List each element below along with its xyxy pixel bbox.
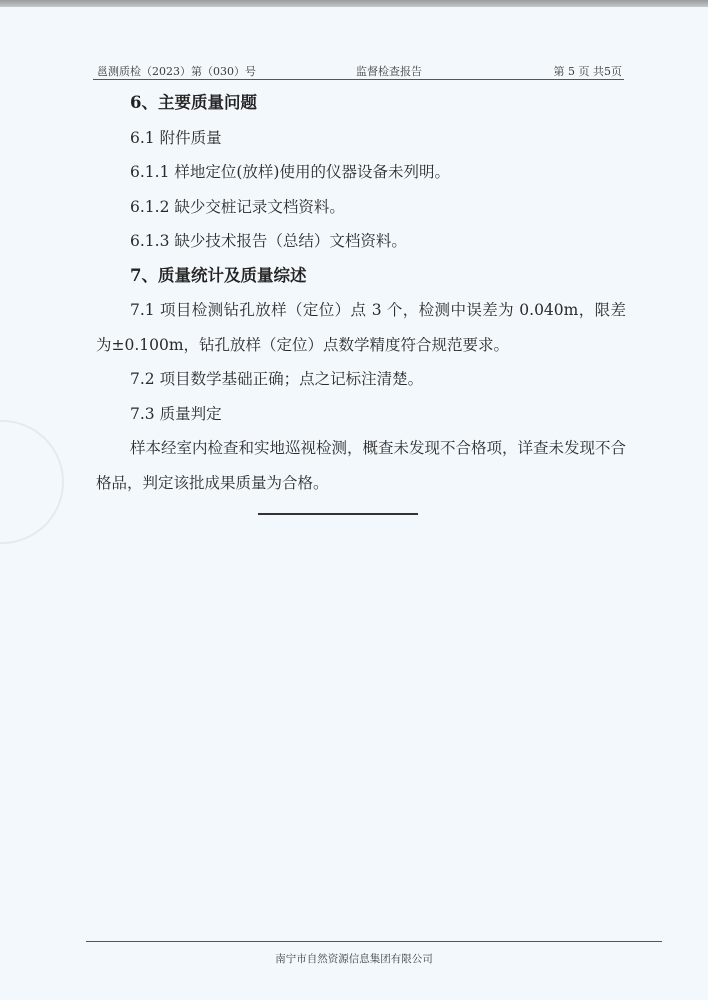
quality-judgement: 样本经室内检查和实地巡视检测，概查未发现不合格项，详查未发现不合格品，判定该批成… xyxy=(96,431,626,500)
item-6-1-1: 6.1.1 样地定位(放样)使用的仪器设备未列明。 xyxy=(96,155,626,190)
item-7-3: 7.3 质量判定 xyxy=(96,397,626,432)
section-6-heading: 6、主要质量问题 xyxy=(96,86,626,121)
page-number: 第 5 页 共5页 xyxy=(554,63,623,79)
page-header: 邕测质检（2023）第（030）号 监督检查报告 第 5 页 共5页 xyxy=(93,60,624,80)
scan-top-edge xyxy=(0,0,708,7)
end-of-text-rule xyxy=(258,513,418,515)
item-6-1-3: 6.1.3 缺少技术报告（总结）文档资料。 xyxy=(96,224,626,259)
faint-seal-mark xyxy=(0,420,64,544)
item-7-1: 7.1 项目检测钻孔放样（定位）点 3 个，检测中误差为 0.040m，限差为±… xyxy=(96,293,626,362)
page-footer: 南宁市自然资源信息集团有限公司 xyxy=(0,951,708,966)
footer-divider xyxy=(86,941,662,942)
document-number: 邕测质检（2023）第（030）号 xyxy=(97,63,256,79)
section-7-heading: 7、质量统计及质量综述 xyxy=(96,259,626,294)
item-7-2: 7.2 项目数学基础正确；点之记标注清楚。 xyxy=(96,362,626,397)
report-title: 监督检查报告 xyxy=(356,63,422,79)
item-6-1-2: 6.1.2 缺少交桩记录文档资料。 xyxy=(96,190,626,225)
report-body: 6、主要质量问题 6.1 附件质量 6.1.1 样地定位(放样)使用的仪器设备未… xyxy=(96,86,626,500)
subsection-6-1: 6.1 附件质量 xyxy=(96,121,626,156)
